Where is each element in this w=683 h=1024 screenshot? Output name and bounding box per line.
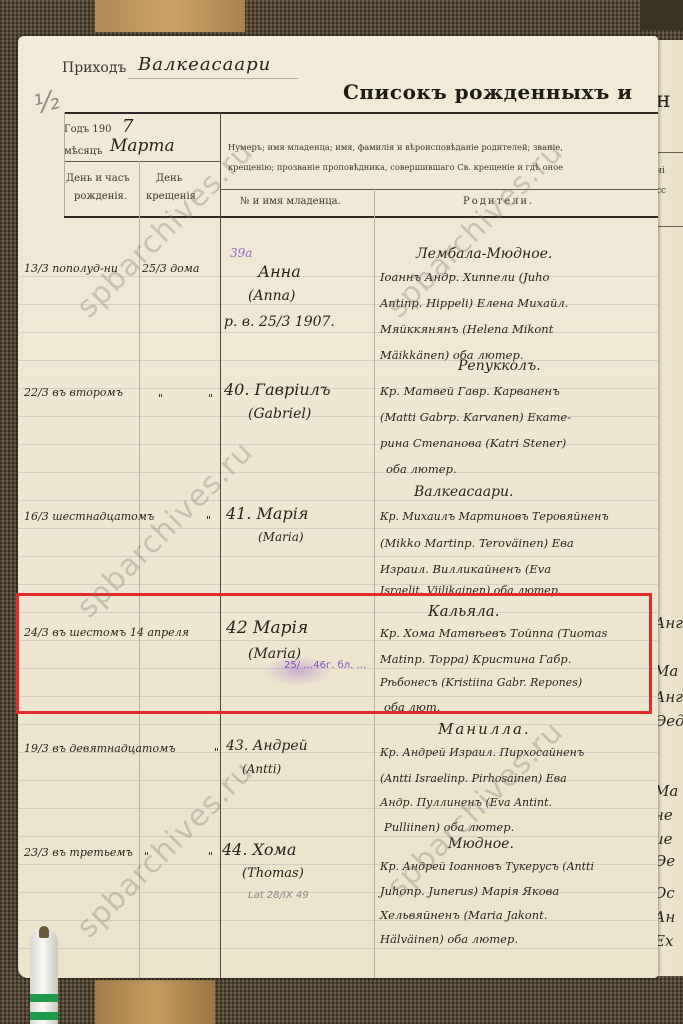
header-top-rule	[64, 112, 658, 114]
ditto-mark: "	[214, 746, 219, 759]
register-page: ½ Приходъ Валкеасаари Списокъ рожденныхъ…	[18, 36, 658, 978]
village-name: Валкеасаари.	[414, 484, 514, 500]
village-name: Кальяла.	[428, 602, 499, 620]
pen-band	[30, 994, 58, 1002]
child-latin-name: (Thomas)	[242, 866, 304, 881]
page-title: Списокъ рожденныхъ и	[343, 80, 633, 104]
divider	[64, 161, 220, 162]
birth-date: 16/3 шестнадцатомъ	[24, 510, 154, 523]
birth-date: 19/3 въ девятнадцатомъ	[24, 742, 176, 755]
child-name: 40. Гавріилъ	[224, 380, 331, 399]
year-value: 7	[122, 116, 133, 137]
child-name: 41. Марія	[226, 504, 308, 523]
column-divider	[374, 189, 375, 978]
parents-line: Кр. Матвей Гавр. Карваненъ	[380, 384, 560, 398]
next-page-hand-fragment: Ѳедо	[654, 712, 683, 730]
month-label: мѣсяцъ	[64, 146, 103, 157]
child-name: 43. Андрей	[226, 738, 308, 754]
child-name: 44. Хома	[222, 840, 296, 859]
parish-label: Приходъ	[62, 60, 126, 76]
child-note: р. в. 25/3 1907.	[224, 314, 335, 330]
parish-underline	[128, 78, 298, 79]
parents-line: (Matti Gabrp. Karvanen) Екате-	[380, 410, 571, 424]
village-name: Репукколъ.	[458, 358, 541, 374]
pen-object	[30, 928, 58, 1024]
parents-line: Хельвяйненъ (Maria Jakont.	[380, 908, 547, 922]
column-header-birth-line1: День и часъ	[66, 173, 130, 184]
column-header-birth-line2: рожденія.	[74, 191, 127, 202]
child-latin-name: (Maria)	[258, 530, 304, 544]
pen-tip	[39, 926, 49, 938]
column-header-baptism-line1: День	[156, 173, 182, 184]
ditto-mark: "	[208, 850, 213, 863]
pencil-margin-note: ½	[31, 85, 63, 121]
parents-line: (Mikko Martinp. Teroväinen) Ева	[380, 536, 574, 550]
pen-band	[30, 1012, 58, 1020]
parish-value: Валкеасаари	[138, 54, 271, 75]
birth-date: 23/3 въ третьемъ	[24, 846, 133, 859]
child-name: 42 Марія	[226, 618, 308, 638]
divider	[220, 189, 658, 190]
parents-line: Hälväinen) оба лютер.	[380, 932, 518, 946]
baptism-date: "	[206, 514, 211, 527]
baptism-date: 14 апреля	[130, 626, 189, 639]
column-description-line1: Нумеръ; имя младенца; имя, фамилія и вѣр…	[228, 142, 563, 152]
child-name: Анна	[258, 262, 301, 281]
child-latin-name: (Gabriel)	[248, 406, 311, 422]
parents-line: Кр. Михаилъ Мартиновъ Теровяйненъ	[380, 510, 609, 523]
parents-line: Рѣбонесъ (Kristiina Gabr. Repones)	[380, 676, 582, 689]
next-page-hand-fragment: Анг	[654, 614, 683, 632]
year-label: Годъ 190	[64, 124, 111, 135]
birth-date: 22/3 въ второмъ	[24, 386, 123, 399]
parents-line: оба лют.	[384, 700, 440, 714]
parents-line: Мяйккянянъ (Helena Mikont	[380, 322, 553, 336]
column-divider	[64, 112, 65, 216]
next-page-title-fragment: н	[656, 88, 671, 113]
month-value: Марта	[110, 136, 175, 156]
column-divider	[220, 112, 221, 978]
parents-line: Israelit. Viilikainen) оба лютер.	[380, 584, 561, 597]
next-page-hand-fragment: Анг	[654, 688, 683, 706]
parents-line: Matinp. Toppa) Кристина Габр.	[380, 652, 571, 666]
record-number-note: 39а	[230, 246, 252, 260]
stamp-text: 25/ …46г. бл. …	[284, 660, 367, 671]
village-name: Манилла.	[438, 720, 531, 738]
column-header-child: № и имя младенца.	[240, 196, 341, 207]
wooden-frame-bottom	[95, 980, 215, 1024]
wooden-frame-top	[95, 0, 245, 32]
child-note: Lat 28/IX 49	[248, 890, 309, 901]
parents-line: (Antti Israelinp. Pirhosainen) Ева	[380, 772, 567, 785]
parents-line: Кр. Хома Матвѣевъ Тойппа (Tuomas	[380, 626, 607, 640]
parents-line: Израил. Вилликайненъ (Eva	[380, 562, 551, 576]
birth-date: 24/3 въ шестомъ	[24, 626, 126, 639]
baptism-date: "	[158, 392, 163, 405]
parents-line: оба лютер.	[386, 462, 457, 476]
parents-line: рина Степанова (Katri Stener)	[380, 436, 566, 450]
ditto-mark: "	[208, 392, 213, 405]
dark-background-strip	[640, 0, 683, 30]
child-latin-name: (Anna)	[248, 288, 295, 304]
